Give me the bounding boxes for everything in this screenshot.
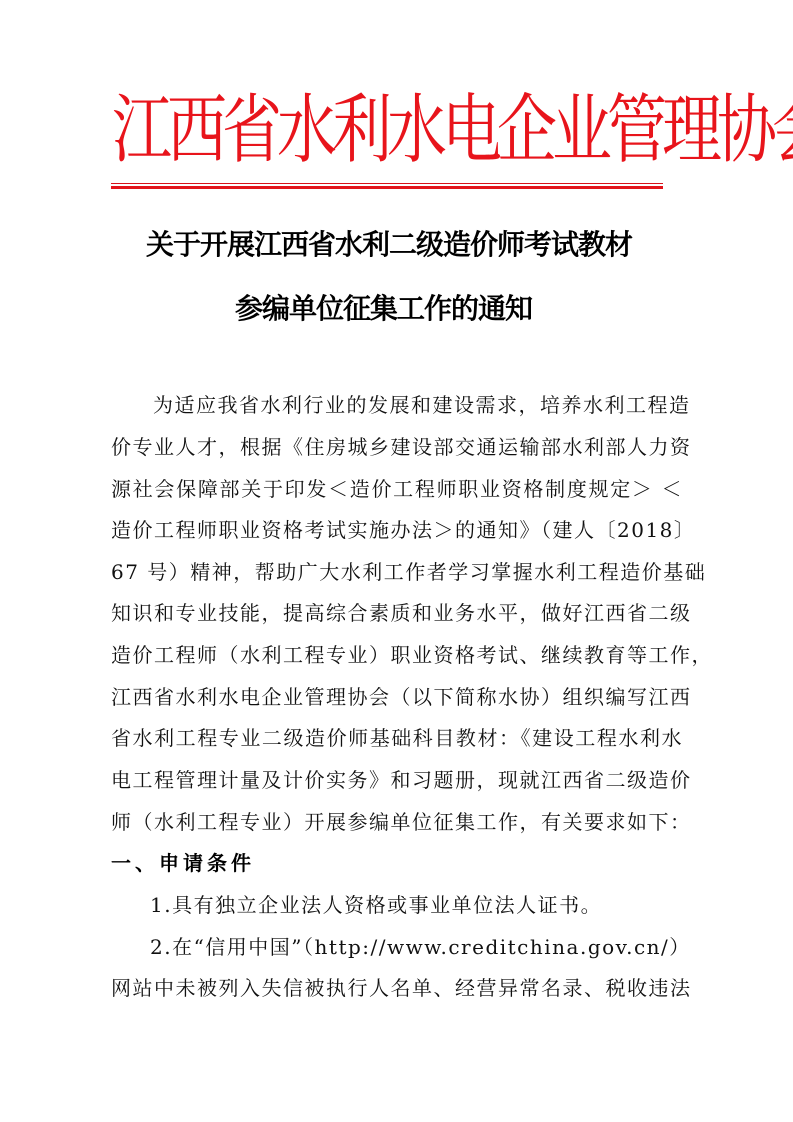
paragraph-line: 电工程管理计量及计价实务》和习题册，现就江西省二级造价 [111, 764, 683, 793]
paragraph-line: 67 号）精神，帮助广大水利工作者学习掌握水利工程造价基础 [111, 556, 683, 585]
condition-item-2: 2.在“信用中国”（http://www.creditchina.gov.cn/… [150, 931, 683, 960]
organization-letterhead: 江西省水利水电企业管理协会 [112, 68, 682, 193]
condition-item-2-continuation: 网站中未被列入失信被执行人名单、经营异常名录、税收违法 [111, 972, 683, 1001]
paragraph-line: 源社会保障部关于印发＜造价工程师职业资格制度规定＞ ＜ [111, 473, 683, 502]
paragraph-line: 为适应我省水利行业的发展和建设需求，培养水利工程造 [153, 389, 683, 418]
paragraph-line: 造价工程师职业资格考试实施办法＞的通知》（建人〔2018〕 [111, 514, 683, 543]
paragraph-line: 江西省水利水电企业管理协会（以下简称水协）组织编写江西 [111, 681, 683, 710]
section-heading-application-conditions: 一、申请条件 [111, 847, 255, 876]
paragraph-line: 造价工程师（水利工程专业）职业资格考试、继续教育等工作， [111, 639, 683, 668]
paragraph-line: 师（水利工程专业）开展参编单位征集工作，有关要求如下： [111, 806, 683, 835]
document-title-line-2: 参编单位征集工作的通知 [235, 287, 532, 327]
letterhead-divider-thin [111, 183, 663, 184]
paragraph-line: 价专业人才，根据《住房城乡建设部交通运输部水利部人力资 [111, 431, 683, 460]
condition-item-1: 1.具有独立企业法人资格或事业单位法人证书。 [150, 889, 602, 918]
document-title-line-1: 关于开展江西省水利二级造价师考试教材 [146, 223, 632, 263]
paragraph-line: 省水利工程专业二级造价师基础科目教材：《建设工程水利水 [111, 722, 683, 751]
paragraph-line: 知识和专业技能，提高综合素质和业务水平，做好江西省二级 [111, 597, 683, 626]
letterhead-divider-thick [111, 186, 663, 189]
